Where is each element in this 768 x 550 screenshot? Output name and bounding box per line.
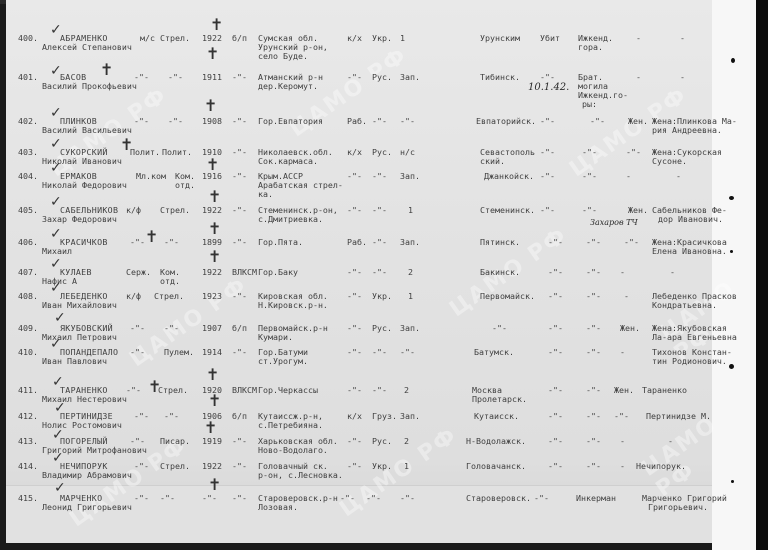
birthplace-1: Гор.Баку [258, 268, 298, 277]
nationality: Рус. [372, 73, 392, 82]
fate: -"- [548, 437, 563, 446]
rank: -"- [130, 437, 145, 446]
kin: Кондратьевна. [652, 301, 717, 310]
draft-office: Батумск. [474, 348, 514, 357]
category: 1 [408, 206, 413, 215]
nationality: -"- [372, 348, 387, 357]
party: ВЛКСМ [232, 386, 257, 395]
rank: -"- [130, 348, 145, 357]
fate: Убит [540, 34, 560, 43]
category: 1 [404, 462, 409, 471]
cross-icon: ✝ [208, 480, 221, 489]
party: -"- [232, 462, 247, 471]
row-number: 404. [18, 172, 38, 181]
draft-office: Староверовск. [466, 494, 531, 503]
party: -"- [232, 172, 247, 181]
row-number: 412. [18, 412, 38, 421]
relation: - [620, 348, 625, 357]
category: Зап. [400, 412, 420, 421]
draft-office: Урунским [480, 34, 520, 43]
party: -"- [232, 437, 247, 446]
fate: -"- [548, 324, 563, 333]
row-number: 408. [18, 292, 38, 301]
fate: -"- [540, 73, 555, 82]
cross-icon: ✝ [208, 396, 221, 405]
birth-year: 1914 [202, 348, 222, 357]
party: б/п [232, 412, 247, 421]
cross-icon: ✝ [100, 65, 113, 74]
category: 1 [400, 34, 405, 43]
row-number: 414. [18, 462, 38, 471]
kin: Нечипорук. [636, 462, 686, 471]
birthplace-1: Гор.Евпатория [258, 117, 323, 126]
kin: Ла-ара Евгеньевна [652, 333, 737, 342]
kin: - [676, 172, 681, 181]
social-status: -"- [347, 348, 362, 357]
cross-icon: ✝ [204, 101, 217, 110]
row-number: 403. [18, 148, 38, 157]
party: б/п [232, 324, 247, 333]
birthplace-2: дер.Керомут. [258, 82, 318, 91]
category: 2 [408, 268, 413, 277]
position: -"- [164, 324, 179, 333]
category: Зап. [400, 324, 420, 333]
kin: - [668, 437, 673, 446]
fate: -"- [534, 494, 549, 503]
kin: - [680, 73, 685, 82]
burial-1: -"- [586, 386, 601, 395]
draft-office: Кутаисск. [474, 412, 519, 421]
cross-icon: ✝ [206, 160, 219, 169]
party: -"- [232, 117, 247, 126]
birth-year: 1923 [202, 292, 222, 301]
scan-speck [729, 364, 734, 369]
relation: - [620, 462, 625, 471]
relation: - [624, 292, 629, 301]
nationality: Рус. [372, 324, 392, 333]
kin: Тараненко [642, 386, 687, 395]
relation: - [620, 268, 625, 277]
birth-year: 1922 [202, 462, 222, 471]
nationality: -"- [372, 238, 387, 247]
checkmark-icon: ✓ [54, 484, 66, 493]
relation: - [636, 73, 641, 82]
rank: Полит. [130, 148, 160, 157]
cross-icon: ✝ [208, 224, 221, 233]
birthplace-2: с.Дмитриевка. [258, 215, 323, 224]
draft-office: Джанкойск. [484, 172, 534, 181]
category: 2 [404, 437, 409, 446]
relation: - [620, 437, 625, 446]
row-number: 409. [18, 324, 38, 333]
nationality: -"- [372, 268, 387, 277]
position: -"- [168, 73, 183, 82]
given-name: Николай Федорович [42, 181, 127, 190]
social-status: -"- [340, 494, 355, 503]
scan-right-edge [756, 0, 768, 550]
position: Пулем. [164, 348, 194, 357]
scan-speck [731, 480, 734, 483]
fate: -"- [548, 268, 563, 277]
birthplace-2: Ново-Водолаго. [258, 446, 328, 455]
row-number: 401. [18, 73, 38, 82]
position: Стрел. [154, 292, 184, 301]
burial-1: -"- [582, 206, 597, 215]
checkmark-icon: ✓ [54, 314, 66, 323]
category: -"- [400, 348, 415, 357]
party: -"- [232, 148, 247, 157]
rank: -"- [134, 117, 149, 126]
draft-office: Первомайск. [480, 292, 535, 301]
rank: -"- [126, 386, 141, 395]
position: -"- [160, 494, 175, 503]
position: Стрел. [160, 462, 190, 471]
rank: -"- [134, 412, 149, 421]
birthplace-2: ст.Урогум. [258, 357, 308, 366]
category: -"- [400, 494, 415, 503]
birthplace-2: с.Петребияна. [258, 421, 323, 430]
given-name: Алексей Степанович [42, 43, 132, 52]
birthplace-2: Сок.кармаса. [258, 157, 318, 166]
draft-office-2: ский. [480, 157, 505, 166]
position: -"- [164, 238, 179, 247]
draft-office: Тибинск. [480, 73, 520, 82]
social-status: -"- [347, 292, 362, 301]
given-name: Захар Федорович [42, 215, 117, 224]
row-number: 407. [18, 268, 38, 277]
scan-speck [730, 250, 733, 253]
fate: -"- [540, 172, 555, 181]
birth-year: 1922 [202, 206, 222, 215]
relation: -"- [614, 412, 629, 421]
draft-office: Евпаторийск. [476, 117, 536, 126]
cross-icon: ✝ [145, 232, 158, 241]
social-status: -"- [347, 172, 362, 181]
party: ВЛКСМ [232, 268, 257, 277]
burial-1: Инкерман [576, 494, 616, 503]
row-number: 405. [18, 206, 38, 215]
fate: -"- [548, 462, 563, 471]
burial-1: -"- [586, 437, 601, 446]
row-number: 411. [18, 386, 38, 395]
relation: Жен. [620, 324, 640, 333]
position: Полит. [162, 148, 192, 157]
burial-1: -"- [586, 268, 601, 277]
burial-4: ры: [582, 100, 597, 109]
social-status: -"- [347, 268, 362, 277]
nationality: Рус. [372, 148, 392, 157]
row-number: 410. [18, 348, 38, 357]
category: 1 [408, 292, 413, 301]
party: -"- [232, 292, 247, 301]
kin: Сусоне. [652, 157, 687, 166]
position-2: отд. [160, 277, 180, 286]
birthplace-2: р-он, с.Лесновка. [258, 471, 343, 480]
category: Зап. [400, 172, 420, 181]
category: -"- [400, 117, 415, 126]
party: -"- [232, 494, 247, 503]
birth-year: 1907 [202, 324, 222, 333]
relation: -"- [626, 148, 641, 157]
row-number: 406. [18, 238, 38, 247]
party: б/п [232, 34, 247, 43]
birth-year: 1908 [202, 117, 222, 126]
fate: -"- [540, 206, 555, 215]
burial-1: -"- [582, 148, 597, 157]
position: Стрел. [160, 34, 190, 43]
fate: -"- [540, 148, 555, 157]
birthplace-2: Лозовая. [258, 503, 298, 512]
scan-speck [731, 58, 735, 63]
draft-office: Головачанск. [466, 462, 526, 471]
position: Писар. [160, 437, 190, 446]
cross-icon: ✝ [206, 370, 219, 379]
nationality: Укр. [372, 34, 392, 43]
birth-year: 1922 [202, 34, 222, 43]
rank: к/ф [126, 206, 141, 215]
social-status: к/х [347, 148, 362, 157]
burial-1: -"- [586, 238, 601, 247]
fate: -"- [540, 117, 555, 126]
category: 2 [404, 386, 409, 395]
relation: Жен. [628, 206, 648, 215]
relation: Жен. [614, 386, 634, 395]
kin: Елена Ивановна. [652, 247, 727, 256]
burial-1: -"- [582, 172, 597, 181]
row-number: 413. [18, 437, 38, 446]
given-name: Михаил [42, 247, 72, 256]
nationality: Рус. [372, 437, 392, 446]
fate: -"- [548, 292, 563, 301]
kin: Пертинидзе М. [646, 412, 711, 421]
nationality: -"- [372, 386, 387, 395]
rank: к/ф [126, 292, 141, 301]
rank: -"- [134, 73, 149, 82]
rank: Серж. [126, 268, 151, 277]
kin: тин Родионович. [652, 357, 727, 366]
kin: - [670, 268, 675, 277]
given-name: Василий Прокофьевич [42, 82, 137, 91]
social-status: -"- [347, 437, 362, 446]
rank: -"- [134, 494, 149, 503]
given-name: Владимир Абрамович [42, 471, 132, 480]
relation: - [626, 172, 631, 181]
given-name: Иван Павлович [42, 357, 107, 366]
birthplace-3: село Буде. [258, 52, 308, 61]
category: Зап. [400, 238, 420, 247]
rank: -"- [134, 462, 149, 471]
burial-1: -"- [586, 292, 601, 301]
kin: дор Иванович. [658, 215, 723, 224]
draft-office-2: Пролетарск. [472, 395, 527, 404]
social-status: -"- [347, 206, 362, 215]
relation: -"- [624, 238, 639, 247]
cross-icon: ✝ [206, 49, 219, 58]
rank: -"- [130, 238, 145, 247]
kin: - [680, 34, 685, 43]
social-status: -"- [347, 324, 362, 333]
cross-icon: ✝ [208, 192, 221, 201]
cross-icon: ✝ [210, 20, 223, 29]
rank: Мл.ком [136, 172, 166, 181]
social-status: к/х [347, 34, 362, 43]
party: -"- [232, 73, 247, 82]
social-status: -"- [347, 73, 362, 82]
given-name: Василий Васильевич [42, 126, 132, 135]
position: -"- [164, 412, 179, 421]
position: Стрел. [158, 386, 188, 395]
nationality: -"- [372, 172, 387, 181]
handwritten-date: 10.1.42. [528, 83, 569, 92]
rank: м/с [140, 34, 155, 43]
social-status: -"- [347, 386, 362, 395]
social-status: Раб. [347, 117, 367, 126]
scan-speck [729, 196, 734, 200]
nationality: Укр. [372, 292, 392, 301]
birth-year: 1919 [202, 437, 222, 446]
burial-2: гора. [578, 43, 603, 52]
row-number: 415. [18, 494, 38, 503]
given-name: Леонид Григорьевич [42, 503, 132, 512]
position-2: отд. [175, 181, 195, 190]
party: -"- [232, 238, 247, 247]
nationality: Груз. [372, 412, 397, 421]
draft-office: Н-Водолажск. [466, 437, 526, 446]
kin: Григорьевич. [648, 503, 708, 512]
social-status: Раб. [347, 238, 367, 247]
row-number: 402. [18, 117, 38, 126]
nationality: -"- [372, 206, 387, 215]
relation: Жен. [628, 117, 648, 126]
birth-year: 1911 [202, 73, 222, 82]
birthplace-1: Гор.Черкассы [258, 386, 318, 395]
social-status: -"- [347, 462, 362, 471]
birth-year: 1899 [202, 238, 222, 247]
fate: -"- [548, 412, 563, 421]
birthplace-2: Кумари. [258, 333, 293, 342]
party: -"- [232, 348, 247, 357]
burial-1: -"- [586, 348, 601, 357]
cross-icon: ✝ [204, 423, 217, 432]
category: н/с [400, 148, 415, 157]
nationality: -"- [372, 117, 387, 126]
kin: рия Андреевна. [652, 126, 722, 135]
rank: -"- [130, 324, 145, 333]
fate: -"- [548, 238, 563, 247]
row-number: 400. [18, 34, 38, 43]
position: -"- [168, 117, 183, 126]
nationality: -"- [366, 494, 381, 503]
position: Стрел. [160, 206, 190, 215]
birth-year: 1922 [202, 268, 222, 277]
draft-office: -"- [492, 324, 507, 333]
draft-office: Бакинск. [480, 268, 520, 277]
given-name: Иван Михайлович [42, 301, 117, 310]
burial-1: -"- [590, 117, 605, 126]
nationality: Укр. [372, 462, 392, 471]
draft-office: Пятинск. [480, 238, 520, 247]
birthplace-3: ка. [258, 190, 273, 199]
birthplace-1: Гор.Пята. [258, 238, 303, 247]
burial-1: -"- [586, 462, 601, 471]
birthplace-2: Н.Кировск.р-н. [258, 301, 328, 310]
relation: - [636, 34, 641, 43]
burial-1: -"- [586, 412, 601, 421]
birth-year: -"- [202, 494, 217, 503]
right-margin [712, 0, 756, 550]
category: Зап. [400, 73, 420, 82]
draft-office: Стеменинск. [480, 206, 535, 215]
social-status: к/х [347, 412, 362, 421]
party: -"- [232, 206, 247, 215]
fate: -"- [548, 386, 563, 395]
cross-icon: ✝ [208, 252, 221, 261]
fate: -"- [548, 348, 563, 357]
handwritten-note: Захаров ТЧ [590, 218, 638, 227]
burial-1: -"- [586, 324, 601, 333]
